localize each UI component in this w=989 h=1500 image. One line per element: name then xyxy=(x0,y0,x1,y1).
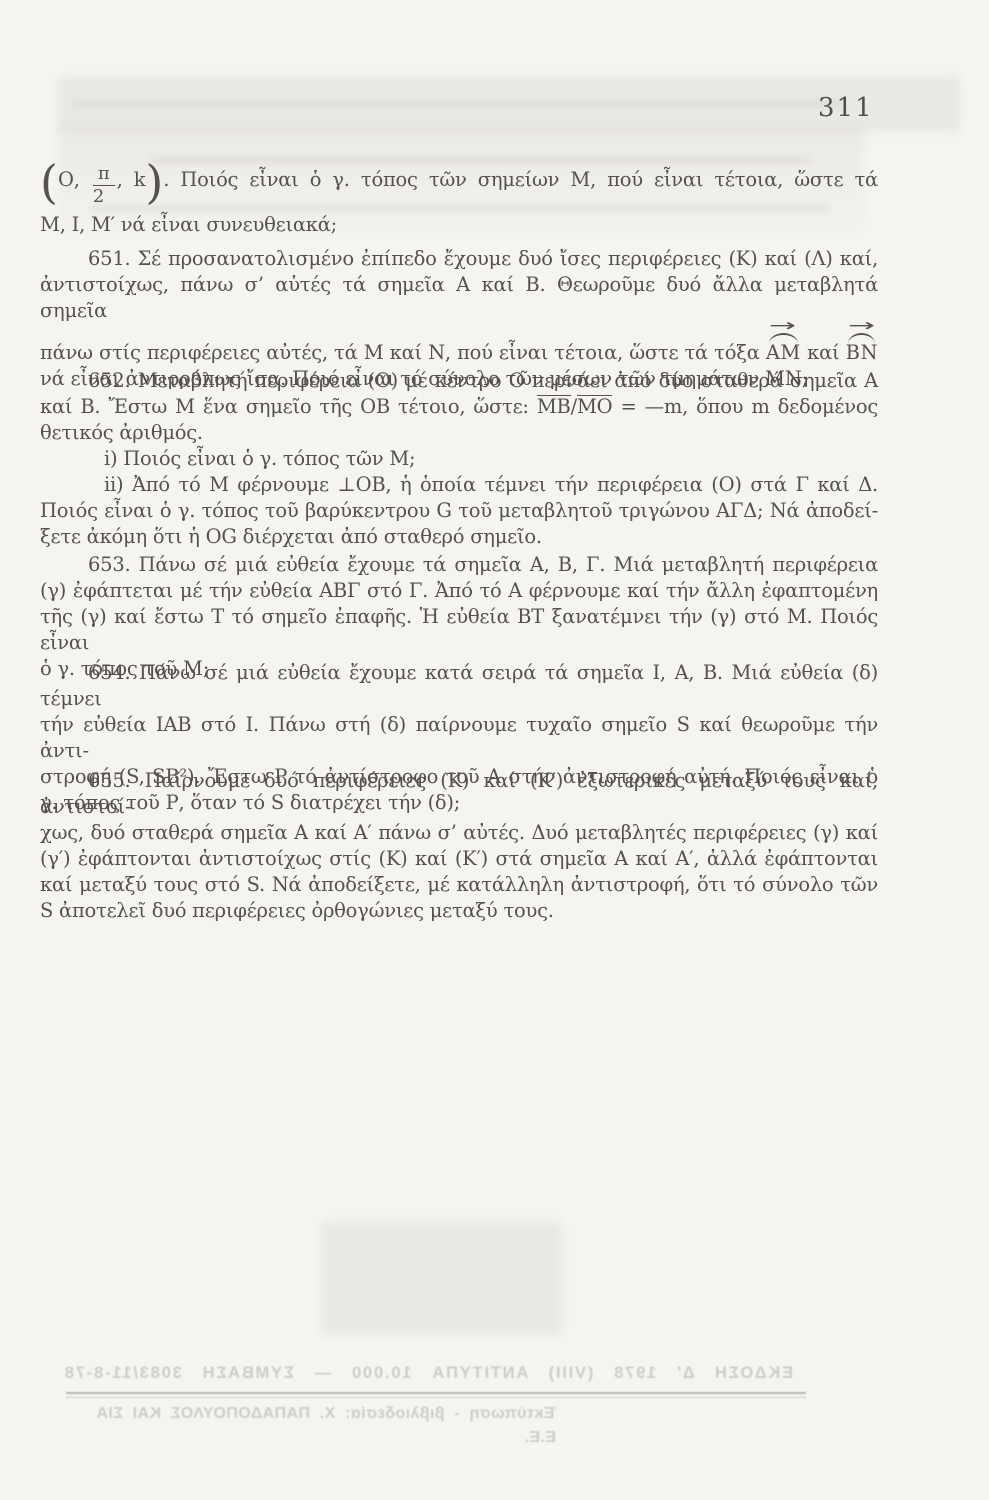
bleed-through-block xyxy=(322,1222,562,1334)
bleed-through-imprint-line: ΕΚΔΟΣΗ Δ′ 1978 (VIII) ΑΝΤΙΤΥΠΑ 10.000 — … xyxy=(63,1362,793,1384)
scan-artifact xyxy=(72,100,842,108)
overlined-MO: ΜΟ xyxy=(577,395,612,417)
problem-652: 652. Μεταβλητή περιφέρεια (Ο) μέ κέντρο … xyxy=(40,368,878,550)
overlined-MB: ΜΒ xyxy=(537,395,571,417)
text-line: χως, δυό σταθερά σημεῖα Α καί Α′ πάνω σ’… xyxy=(40,820,878,846)
page-number: 311 xyxy=(818,93,874,123)
text-line: (γ′) ἐφάπτονται ἀντιστοίχως στίς (Κ) καί… xyxy=(40,846,878,872)
fraction-pi-over-2: π2 xyxy=(91,164,117,207)
text-line: (γ) ἐφάπτεται μέ τήν εὐθεία ΑΒΓ στό Γ. Ἀ… xyxy=(40,578,878,604)
intro-line-1-text: Ποιός εἶναι ὁ γ. τόπος τῶν σημείων Μ, πο… xyxy=(180,168,878,191)
problem-655: 655. Παίρνουμε δυό περιφέρειες (Κ) καί (… xyxy=(40,768,878,924)
text-line: S ἀποτελεῖ δυό περιφέρειες ὀρθογώνιες με… xyxy=(40,898,878,924)
text-line: πάνω στίς περιφέρειες αὐτές, τά Μ καί Ν,… xyxy=(40,324,878,366)
text-line: καί μεταξύ τους στό S. Νά ἀποδείξετε, μέ… xyxy=(40,872,878,898)
directed-arc-AM: →ΑΜ xyxy=(766,340,801,366)
fraction-numerator: π xyxy=(93,164,115,186)
text-segment: καί xyxy=(807,341,839,364)
close-paren: ) xyxy=(145,155,163,209)
text-line: (Ο, π2, k). Ποιός εἶναι ὁ γ. τόπος τῶν σ… xyxy=(40,150,878,212)
text-line: 655. Παίρνουμε δυό περιφέρειες (Κ) καί (… xyxy=(40,768,878,820)
text-line: ξετε ἀκόμη ὅτι ἡ OG διέρχεται ἀπό σταθερ… xyxy=(40,524,878,550)
text-line: τῆς (γ) καί ἔστω Τ τό σημεῖο ἐπαφῆς. Ἡ ε… xyxy=(40,604,878,656)
arc-letters: ΒΝ xyxy=(846,341,878,364)
math-formula: (Ο, π2, k). xyxy=(40,168,169,191)
text-line: Μ, Ι, Μ′ νά εἶναι συνευθειακά; xyxy=(40,212,878,238)
text-segment: πάνω στίς περιφέρειες αὐτές, τά Μ καί Ν,… xyxy=(40,341,760,364)
bleed-through-rule xyxy=(66,1392,806,1398)
text-line: ii) Ἀπό τό Μ φέρνουμε ⊥ΟΒ, ἡ ὁποία τέμνε… xyxy=(40,472,878,498)
text-line: 653. Πάνω σέ μιά εὐθεία ἔχουμε τά σημεῖα… xyxy=(40,552,878,578)
intro-paragraph: (Ο, π2, k). Ποιός εἶναι ὁ γ. τόπος τῶν σ… xyxy=(40,150,878,238)
formula-period: . xyxy=(163,168,169,191)
text-line: 652. Μεταβλητή περιφέρεια (Ο) μέ κέντρο … xyxy=(40,368,878,394)
text-line: καί Β. Ἔστω Μ ἕνα σημεῖο τῆς ΟΒ τέτοιο, … xyxy=(40,394,878,420)
text-line: 654. Πάνω σέ μιά εὐθεία ἔχουμε κατά σειρ… xyxy=(40,660,878,712)
bleed-through-imprint-line: Ἐκτύπωση - βιβλιοδεσία: Χ. ΠΑΠΑΔΟΠΟΥΛΟΣ … xyxy=(96,1402,556,1450)
directed-arc-BN: →ΒΝ xyxy=(846,340,878,366)
segment-ratio: ΜΒ/ΜΟ xyxy=(537,395,613,418)
formula-k: , k xyxy=(117,168,146,191)
formula-center: Ο, xyxy=(58,168,80,191)
text-segment: = —m, ὅπου m δεδομένος xyxy=(620,395,878,418)
text-segment: καί Β. Ἔστω Μ ἕνα σημεῖο τῆς ΟΒ τέτοιο, … xyxy=(40,395,529,418)
text-line: 651. Σέ προσανατολισμένο ἐπίπεδο ἔχουμε … xyxy=(40,246,878,272)
open-paren: ( xyxy=(40,155,58,209)
text-line: i) Ποιός εἶναι ὁ γ. τόπος τῶν Μ; xyxy=(40,446,878,472)
text-line: Ποιός εἶναι ὁ γ. τόπος τοῦ βαρύκεντρου G… xyxy=(40,498,878,524)
text-line: ἀντιστοίχως, πάνω σ’ αὐτές τά σημεῖα Α κ… xyxy=(40,272,878,324)
text-line: τήν εὐθεία ΙΑΒ στό Ι. Πάνω στή (δ) παίρν… xyxy=(40,712,878,764)
arc-letters: ΑΜ xyxy=(766,341,801,364)
text-line: θετικός ἀριθμός. xyxy=(40,420,878,446)
scanned-textbook-page: 311 (Ο, π2, k). Ποιός εἶναι ὁ γ. τόπος τ… xyxy=(0,0,989,1500)
fraction-denominator: 2 xyxy=(93,186,115,207)
